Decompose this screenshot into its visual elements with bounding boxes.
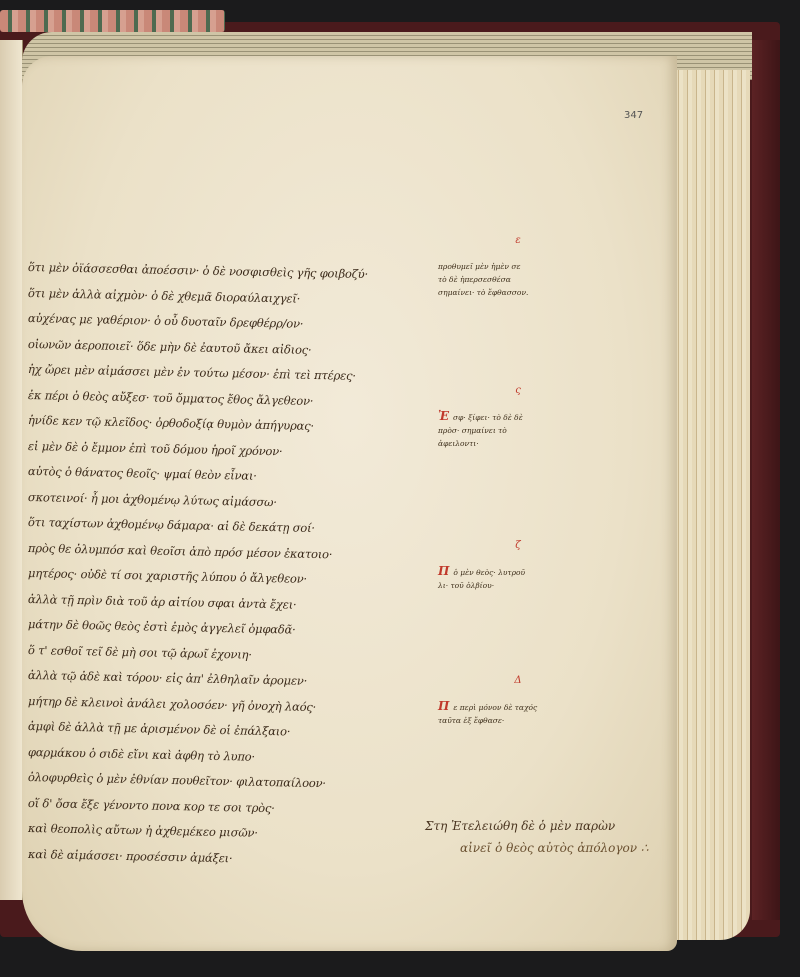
colophon: Στη Ἐτελειώθη δὲ ὁ μὲν παρὼν αἰνεῖ ὁ θεὸ… (425, 815, 675, 859)
cover-edge (752, 40, 780, 920)
rubric-initial: Π (438, 564, 449, 578)
page-stack-fore-edge (665, 70, 750, 940)
headband (0, 10, 225, 32)
left-page-edge (0, 40, 23, 900)
rubric-initial: Π (438, 699, 449, 713)
scholion-line: προθυμεῖ μὲν ἡμὲν σε (418, 260, 618, 273)
scholion-number: ε (418, 235, 618, 246)
scholion-line: Πε περὶ μόνον δὲ ταχός (418, 700, 618, 714)
scholion-line: σημαίνει· τὸ ἔφθασσον. (418, 286, 618, 299)
scholion-line: πρὸσ· σημαίνει τὸ (418, 424, 618, 437)
scholion-number: ς (418, 385, 618, 396)
scholion-number: ζ (418, 540, 618, 551)
scholion: ζ Πὁ μὲν θεὸς· λυτροῦ λι· τοῦ ὀλβίου· (418, 540, 618, 592)
scholion: ε προθυμεῖ μὲν ἡμὲν σε τὸ δὲ ἠπερσεσθέσα… (418, 235, 618, 299)
scholion: Δ Πε περὶ μόνον δὲ ταχός ταῦτα ἐξ ἔφθασε… (418, 675, 618, 727)
colophon-line-2: αἰνεῖ ὁ θεὸς αὐτὸς ἀπόλογον ∴ (425, 837, 675, 859)
colophon-line-1: Στη Ἐτελειώθη δὲ ὁ μὲν παρὼν (425, 815, 675, 837)
main-text-block: ὅτι μὲν ὀϊάσσεσθαι ἀποέσσιν· ὁ δὲ νοσφισ… (28, 255, 413, 867)
scholion-line: ταῦτα ἐξ ἔφθασε· (418, 714, 618, 727)
scholion-line: ἀφειλοντι· (418, 437, 618, 450)
scholion-line: τὸ δὲ ἠπερσεσθέσα (418, 273, 618, 286)
scholion-line: Ἐσφ· ξίφει· τὸ δὲ δὲ (418, 410, 618, 424)
scholion-line: Πὁ μὲν θεὸς· λυτροῦ (418, 565, 618, 579)
folio-number: 347 (624, 110, 643, 121)
scholion-number: Δ (418, 675, 618, 686)
scholion: ς Ἐσφ· ξίφει· τὸ δὲ δὲ πρὸσ· σημαίνει τὸ… (418, 385, 618, 450)
rubric-initial: Ἐ (438, 409, 449, 423)
scholion-line: λι· τοῦ ὀλβίου· (418, 579, 618, 592)
